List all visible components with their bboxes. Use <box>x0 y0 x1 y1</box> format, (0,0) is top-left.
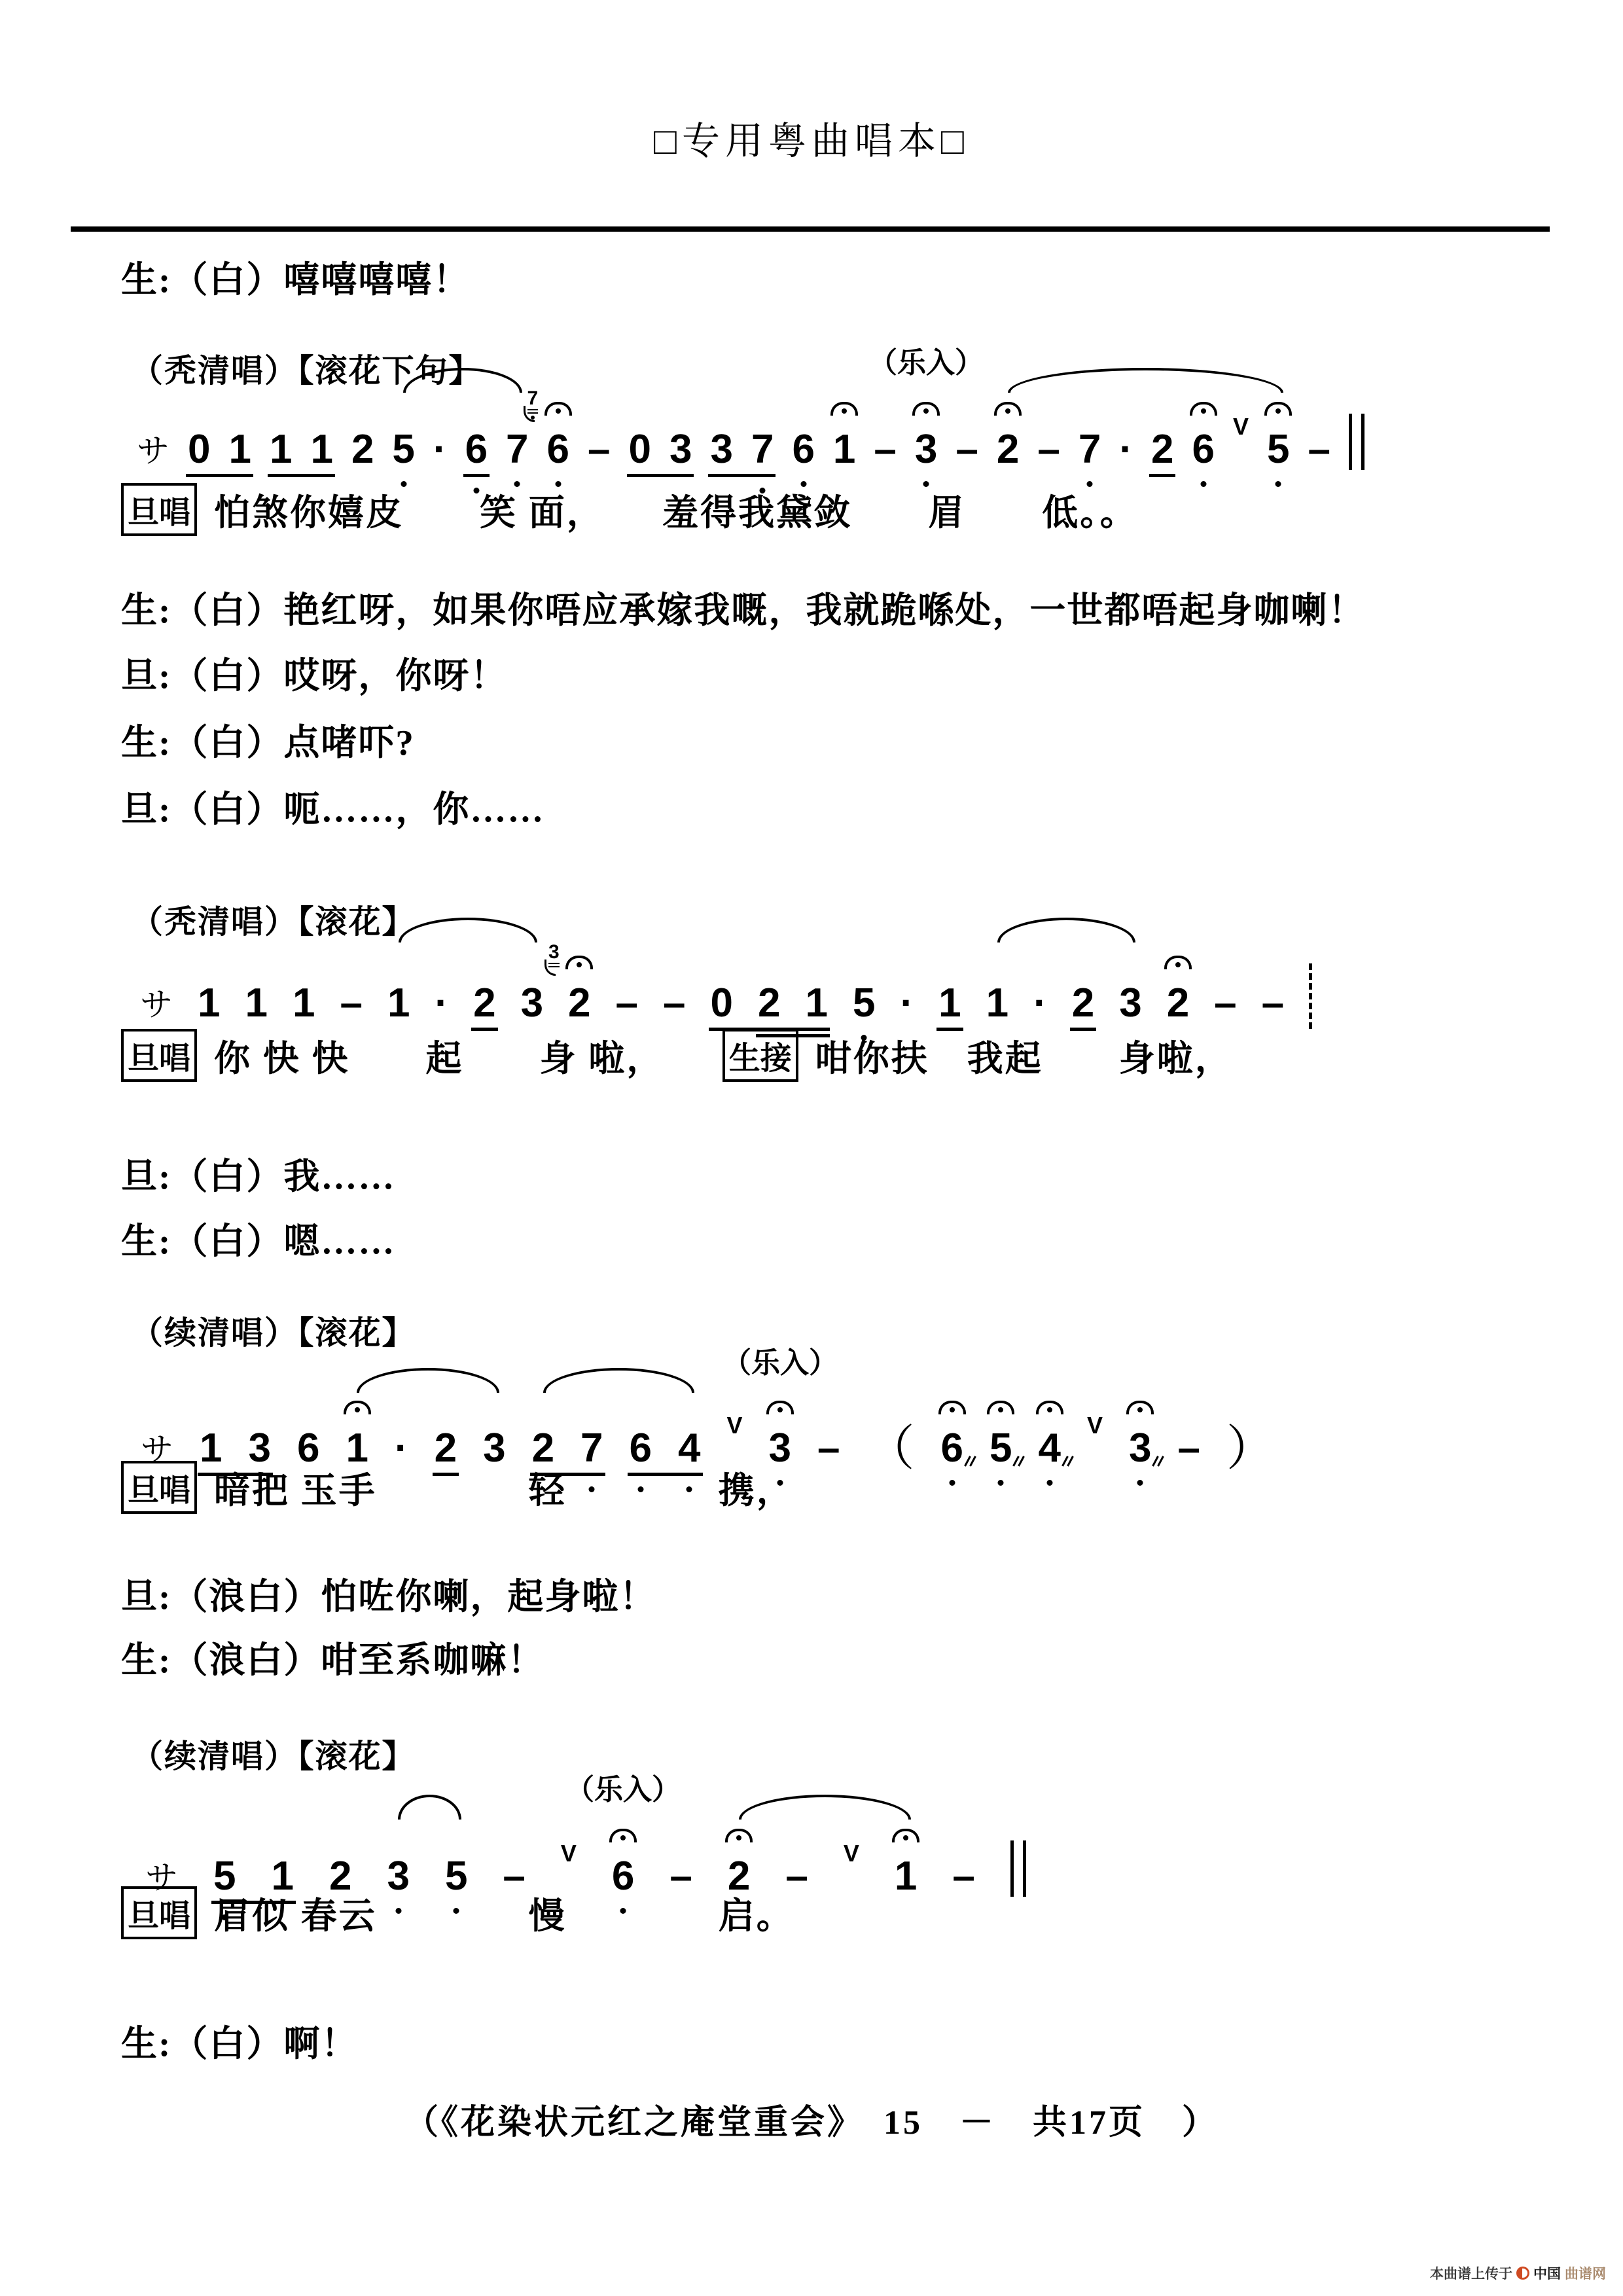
music-entry-annotation: （乐入） <box>722 1339 838 1381</box>
note-token: 0 <box>629 429 651 470</box>
fermata-icon <box>938 1401 966 1414</box>
note-token: 2 <box>1167 983 1189 1024</box>
page-footer: （《花染状元红之庵堂重会》 15 － 共17页 ） <box>0 2094 1623 2144</box>
note-token: ） <box>1226 1424 1275 1469</box>
note-token: 5 <box>853 983 875 1024</box>
underline-icon <box>627 474 671 477</box>
slur-arc-icon <box>357 1368 499 1393</box>
note-glyph: 3 <box>1129 1428 1151 1469</box>
dialogue-line: 生:（浪白）咁至系咖嘛！ <box>121 1631 544 1683</box>
low-octave-dot-icon <box>1275 481 1281 487</box>
note-token: 67 <box>547 429 569 470</box>
watermark-site-black: 中国 <box>1533 2263 1561 2283</box>
underline-icon <box>749 474 776 477</box>
underline-icon <box>308 474 334 477</box>
note-token: 6 <box>792 429 814 470</box>
note-glyph: 3 <box>1119 983 1141 1024</box>
music-entry-annotation: （乐入） <box>565 1766 681 1808</box>
dialogue-line: 生:（白）啊！ <box>121 2015 358 2066</box>
dialogue-line: 旦:（白）哎呀，你呀！ <box>121 647 507 698</box>
note-glyph: · <box>900 983 914 1024</box>
page-header-title: □专用粤曲唱本□ <box>0 110 1623 165</box>
note-glyph: 3 <box>710 429 732 470</box>
note-glyph: 5 <box>853 983 875 1024</box>
note-token: 1 <box>310 429 332 470</box>
note-token: · <box>1119 429 1133 470</box>
note-glyph: 2 <box>758 983 780 1024</box>
lyric-text: 怕煞你嬉皮 笑 面， 羞得我黛敛 眉 低。。 <box>214 484 1138 535</box>
note-glyph: 6 <box>940 1428 963 1469</box>
dialogue-line: 生:（白）点啫吓? <box>121 713 415 765</box>
note-row: サ111–1·2323––0215·11·232–– <box>128 963 1325 1024</box>
note-glyph: 1 <box>387 983 410 1024</box>
note-token: 1 <box>270 429 292 470</box>
note-glyph: 0 <box>188 429 210 470</box>
low-octave-dot-icon <box>1137 1480 1143 1486</box>
note-token: 3 <box>669 429 692 470</box>
note-glyph: 5 <box>1267 429 1289 470</box>
note-token: 0 <box>188 429 210 470</box>
note-token: 0 <box>711 983 733 1024</box>
role-label-box: 旦唱 <box>121 1886 197 1939</box>
note-glyph: – <box>663 983 685 1024</box>
note-glyph: 7 <box>1079 429 1101 470</box>
barline <box>1010 1840 1026 1897</box>
underline-icon <box>186 474 230 477</box>
note-glyph: · <box>435 983 448 1024</box>
fermata-icon <box>609 1829 637 1842</box>
note-glyph: 6 <box>792 429 814 470</box>
note-token: – <box>588 429 610 470</box>
fermata-icon <box>1164 956 1192 969</box>
note-glyph: V <box>1233 415 1249 439</box>
note-glyph: – <box>1214 983 1236 1024</box>
watermark-prefix: 本曲谱上传于 <box>1430 2263 1512 2283</box>
note-token: – <box>817 1428 840 1469</box>
role-label-box: 旦唱 <box>121 1461 197 1514</box>
header-divider-rule <box>71 226 1550 232</box>
note-glyph: 5 <box>990 1428 1012 1469</box>
lyric-text: 暗把 玉手 轻 携， <box>214 1462 794 1513</box>
note-glyph: – <box>1037 429 1060 470</box>
dialogue-line: 旦:（浪白）怕咗你喇，起身啦！ <box>121 1568 656 1619</box>
note-glyph: 3 <box>521 983 543 1024</box>
role-label-box: 旦唱 <box>121 483 197 536</box>
note-glyph: – <box>616 983 638 1024</box>
note-glyph: – <box>952 1856 974 1897</box>
fermata-icon <box>892 1829 919 1842</box>
note-token: · <box>900 983 914 1024</box>
grace-tie-icon <box>524 406 535 422</box>
note-glyph: 1 <box>986 983 1008 1024</box>
low-octave-dot-icon <box>1046 1480 1052 1486</box>
note-token: 1 <box>228 429 251 470</box>
note-token: 2 <box>351 429 374 470</box>
fermata-icon <box>987 1401 1014 1414</box>
note-glyph: V <box>727 1414 743 1437</box>
lyric-text: 你 快 快 起 身 啦， <box>214 1030 722 1081</box>
fermata-icon <box>912 402 940 416</box>
lyric-line: 旦唱你 快 快 起 身 啦， 生接咁你扶 我起 身啦， <box>121 1029 1233 1082</box>
note-token: – <box>1214 983 1236 1024</box>
note-token: 7 <box>751 429 774 470</box>
dashed-barline-icon <box>1309 963 1312 1029</box>
note-token: – <box>1308 429 1330 470</box>
fermata-icon <box>544 402 572 416</box>
note-glyph: 0 <box>711 983 733 1024</box>
lyric-line: 旦唱暗把 玉手 轻 携， <box>121 1461 794 1514</box>
dialogue-line: 旦:（白）我…… <box>121 1147 395 1199</box>
tremolo-slashes-icon <box>1013 1456 1025 1469</box>
note-token: 7 <box>506 429 528 470</box>
low-octave-dot-icon <box>998 1480 1004 1486</box>
note-token: 1 <box>833 429 855 470</box>
note-glyph: 1 <box>245 983 267 1024</box>
slur-arc-icon <box>997 918 1135 942</box>
double-barline-icon <box>1349 414 1364 470</box>
lyric-line: 旦唱怕煞你嬉皮 笑 面， 羞得我黛敛 眉 低。。 <box>121 483 1138 536</box>
grace-tie-icon <box>544 960 556 976</box>
note-glyph: 2 <box>568 983 590 1024</box>
music-line: サ011125·6767–033761–3–2–7·26V5–（乐入） <box>128 340 1374 497</box>
note-glyph: 3 <box>915 429 937 470</box>
note-token: 23 <box>568 983 590 1024</box>
underline-icon <box>463 474 490 477</box>
fermata-icon <box>1126 1401 1154 1414</box>
slur-arc-icon <box>398 1795 461 1820</box>
fermata-icon <box>1190 402 1217 416</box>
note-token: 6 <box>940 1428 963 1469</box>
tremolo-slashes-icon <box>965 1456 976 1469</box>
note-glyph: · <box>433 429 447 470</box>
note-glyph: 1 <box>198 983 220 1024</box>
note-glyph: 2 <box>473 983 495 1024</box>
note-glyph: 1 <box>270 429 292 470</box>
lyric-line: 旦唱眉似 春云 慢 启。 <box>121 1886 794 1939</box>
note-glyph: 4 <box>1038 1428 1060 1469</box>
note-token: – <box>952 1856 974 1897</box>
underline-icon <box>1149 474 1175 477</box>
note-token: – <box>874 429 896 470</box>
underline-icon <box>668 474 694 477</box>
note-token: 2 <box>758 983 780 1024</box>
tremolo-slashes-icon <box>1152 1456 1164 1469</box>
note-glyph: 2 <box>997 429 1019 470</box>
fermata-icon <box>344 1401 371 1414</box>
note-glyph: 0 <box>629 429 651 470</box>
role-label-box: 生接 <box>722 1029 798 1082</box>
slur-arc-icon <box>543 1368 694 1393</box>
note-glyph: V <box>844 1842 859 1865</box>
note-glyph: – <box>1308 429 1330 470</box>
note-glyph: – <box>1262 983 1284 1024</box>
note-token: 2 <box>473 983 495 1024</box>
grace-note: 7 <box>527 389 539 420</box>
note-token: 7 <box>1079 429 1101 470</box>
tremolo-slashes-icon <box>1062 1456 1074 1469</box>
note-token: 2 <box>1072 983 1094 1024</box>
free-rhythm-sa-symbol: サ <box>140 988 173 1024</box>
note-glyph: – <box>817 1428 840 1469</box>
site-logo-icon <box>1516 2267 1529 2280</box>
low-octave-dot-icon <box>1200 481 1206 487</box>
double-barline-icon <box>1010 1840 1026 1897</box>
note-glyph: 1 <box>895 1856 917 1897</box>
dialogue-line: 生:（白）嘻嘻嘻嘻！ <box>121 251 470 302</box>
note-glyph: 2 <box>1151 429 1173 470</box>
note-token: 1 <box>198 983 220 1024</box>
note-glyph: 1 <box>293 983 315 1024</box>
underline-icon <box>226 474 253 477</box>
music-line: サ111–1·2323––0215·11·232–– <box>128 890 1325 1047</box>
role-label-box: 旦唱 <box>121 1029 197 1082</box>
note-glyph: 5 <box>392 429 414 470</box>
note-glyph: ） <box>1226 1424 1275 1473</box>
breath-mark-icon: V <box>844 1842 859 1865</box>
note-token: 1 <box>293 983 315 1024</box>
fermata-icon <box>766 1401 794 1414</box>
note-token: 1 <box>387 983 410 1024</box>
note-glyph: 2 <box>1072 983 1094 1024</box>
note-glyph: · <box>1033 983 1047 1024</box>
note-glyph: – <box>874 429 896 470</box>
note-token: 5 <box>1267 429 1289 470</box>
lyric-text: 眉似 春云 慢 启。 <box>214 1887 794 1939</box>
dialogue-line: 旦:（白）呃……，你…… <box>121 780 544 832</box>
note-token: · <box>435 983 448 1024</box>
note-glyph: 1 <box>938 983 961 1024</box>
fermata-icon <box>994 402 1022 416</box>
note-token: 1 <box>938 983 961 1024</box>
note-token: （ <box>866 1424 914 1469</box>
note-token: 6 <box>1192 429 1214 470</box>
note-glyph: – <box>340 983 362 1024</box>
watermark-site-brown: 曲谱网 <box>1565 2263 1606 2283</box>
note-glyph: V <box>561 1842 577 1865</box>
note-token: 1 <box>986 983 1008 1024</box>
note-glyph: 6 <box>465 429 488 470</box>
note-token: 3 <box>915 429 937 470</box>
note-glyph: 2 <box>351 429 374 470</box>
note-glyph: 1 <box>805 983 827 1024</box>
note-glyph: 7 <box>506 429 528 470</box>
free-rhythm-sa-symbol: サ <box>137 435 169 470</box>
breath-mark-icon: V <box>561 1842 577 1865</box>
note-token: 5 <box>990 1428 1012 1469</box>
note-token: 6 <box>465 429 488 470</box>
slur-arc-icon <box>1008 368 1283 393</box>
underline-icon <box>268 474 312 477</box>
note-token: – <box>1037 429 1060 470</box>
music-entry-annotation: （乐入） <box>868 339 984 381</box>
note-token: – <box>1262 983 1284 1024</box>
score-page: □专用粤曲唱本□ 生:（白）嘻嘻嘻嘻！ （秃清唱）【滚花下句】 サ011125·… <box>0 0 1623 2296</box>
note-token: 2 <box>997 429 1019 470</box>
note-glyph: · <box>1119 429 1133 470</box>
note-token: – <box>955 429 978 470</box>
note-glyph: 2 <box>1167 983 1189 1024</box>
note-token: 3 <box>710 429 732 470</box>
slur-arc-icon <box>399 918 537 942</box>
note-token: 3 <box>521 983 543 1024</box>
note-glyph: 6 <box>1192 429 1214 470</box>
underline-icon <box>708 474 753 477</box>
low-octave-dot-icon <box>949 1480 955 1486</box>
note-glyph: 1 <box>310 429 332 470</box>
note-glyph: 7 <box>751 429 774 470</box>
note-token: – <box>663 983 685 1024</box>
note-token: 3 <box>1129 1428 1151 1469</box>
note-token: – <box>616 983 638 1024</box>
fermata-icon <box>1036 1401 1063 1414</box>
dialogue-line: 生:（白）嗯…… <box>121 1212 395 1264</box>
watermark: 本曲谱上传于 中国 曲谱网 <box>1430 2263 1606 2283</box>
note-token: · <box>1033 983 1047 1024</box>
note-glyph: 1 <box>833 429 855 470</box>
note-token: – <box>1177 1428 1200 1469</box>
note-token: 5 <box>392 429 414 470</box>
fermata-icon <box>565 956 593 969</box>
note-token: 2 <box>1151 429 1173 470</box>
note-token: 1 <box>895 1856 917 1897</box>
note-glyph: サ <box>137 435 169 467</box>
lyric-text: 咁你扶 我起 身啦， <box>815 1030 1233 1081</box>
fermata-icon <box>830 402 858 416</box>
fermata-icon <box>725 1829 753 1842</box>
note-glyph: V <box>1087 1414 1103 1437</box>
dialogue-line: 生:（白）艳红呀，如果你唔应承嫁我嘅，我就跪喺处，一世都唔起身咖喇！ <box>121 581 1365 633</box>
note-row: サ011125·6767–033761–3–2–7·26V5– <box>128 414 1374 470</box>
note-token: 3 <box>1119 983 1141 1024</box>
note-glyph: 6 <box>547 429 569 470</box>
breath-mark-icon: V <box>727 1414 743 1437</box>
barline <box>1309 963 1312 1024</box>
note-token: 4 <box>1038 1428 1060 1469</box>
note-token: 1 <box>805 983 827 1024</box>
breath-mark-icon: V <box>1233 415 1249 439</box>
slur-arc-icon <box>403 368 522 393</box>
note-token: 1 <box>245 983 267 1024</box>
note-glyph: – <box>588 429 610 470</box>
slur-arc-icon <box>739 1795 911 1820</box>
note-token: · <box>433 429 447 470</box>
note-glyph: – <box>1177 1428 1200 1469</box>
note-glyph: 1 <box>228 429 251 470</box>
note-glyph: （ <box>866 1424 914 1473</box>
barline <box>1349 414 1364 470</box>
breath-mark-icon: V <box>1087 1414 1103 1437</box>
note-glyph: サ <box>140 988 173 1021</box>
grace-note: 3 <box>548 942 560 967</box>
note-glyph: – <box>955 429 978 470</box>
fermata-icon <box>1264 402 1292 416</box>
note-glyph: 3 <box>669 429 692 470</box>
note-token: – <box>340 983 362 1024</box>
